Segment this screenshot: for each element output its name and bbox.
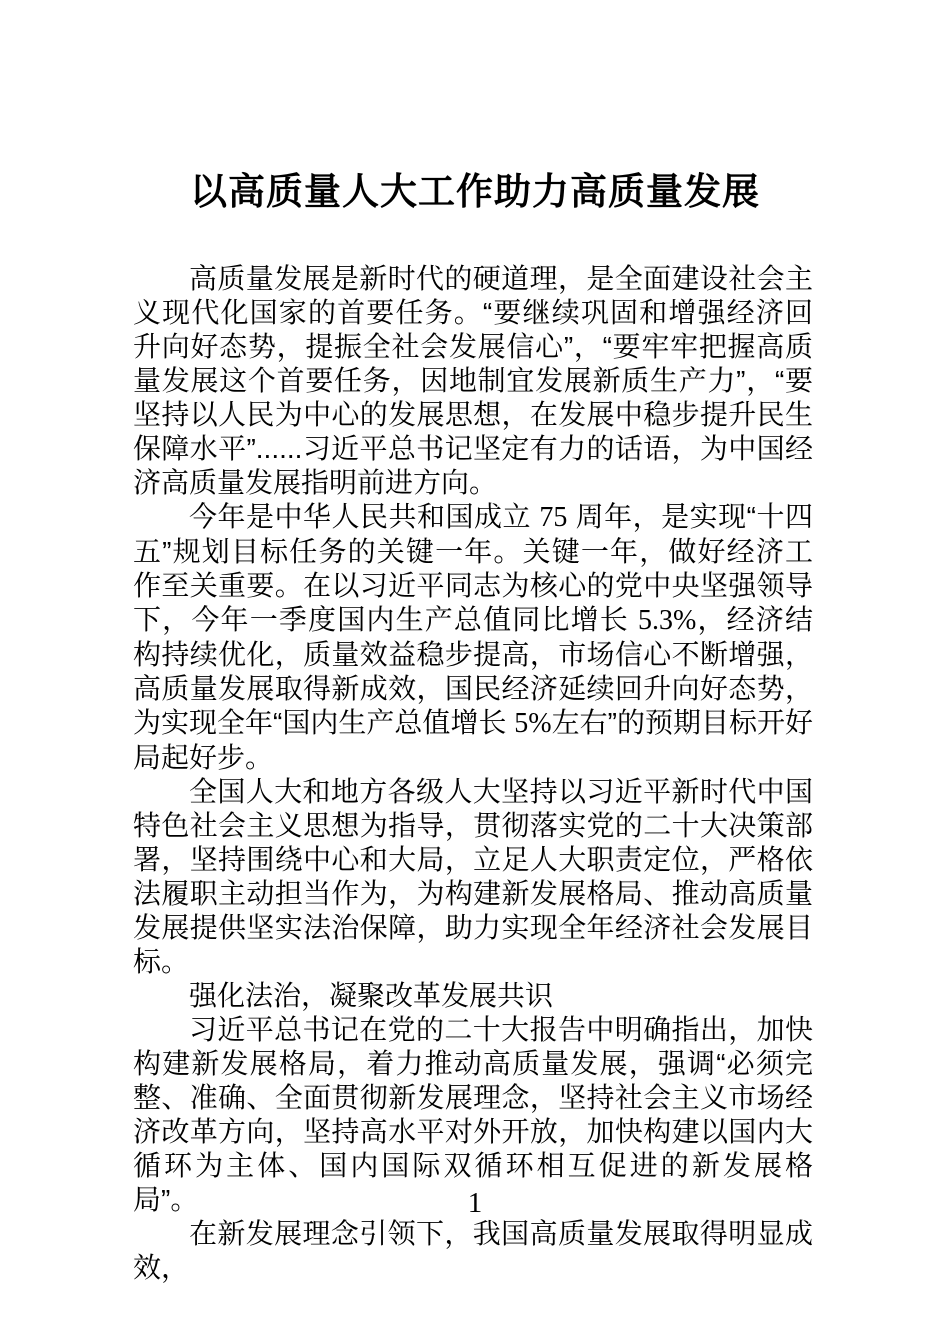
latin-numeral: 75 [539,502,567,533]
paragraph: 全国人大和地方各级人大坚持以习近平新时代中国特色社会主义思想为指导，贯彻落实党的… [133,775,813,979]
section-subheading: 强化法治，凝聚改革发展共识 [133,979,813,1013]
latin-numeral: 5.3% [638,605,696,636]
paragraph: 今年是中华人民共和国成立 75 周年，是实现“十四五”规划目标任务的关键一年。关… [133,500,813,775]
document-body: 高质量发展是新时代的硬道理，是全面建设社会主义现代化国家的首要任务。“要继续巩固… [133,262,813,1285]
paragraph: 在新发展理念引领下，我国高质量发展取得明显成效， [133,1217,813,1285]
paragraph: 高质量发展是新时代的硬道理，是全面建设社会主义现代化国家的首要任务。“要继续巩固… [133,262,813,500]
document-page: 以高质量人大工作助力高质量发展 高质量发展是新时代的硬道理，是全面建设社会主义现… [0,0,950,1344]
page-number: 1 [0,1186,950,1220]
latin-numeral: 5% [514,708,551,739]
document-title: 以高质量人大工作助力高质量发展 [0,170,950,214]
